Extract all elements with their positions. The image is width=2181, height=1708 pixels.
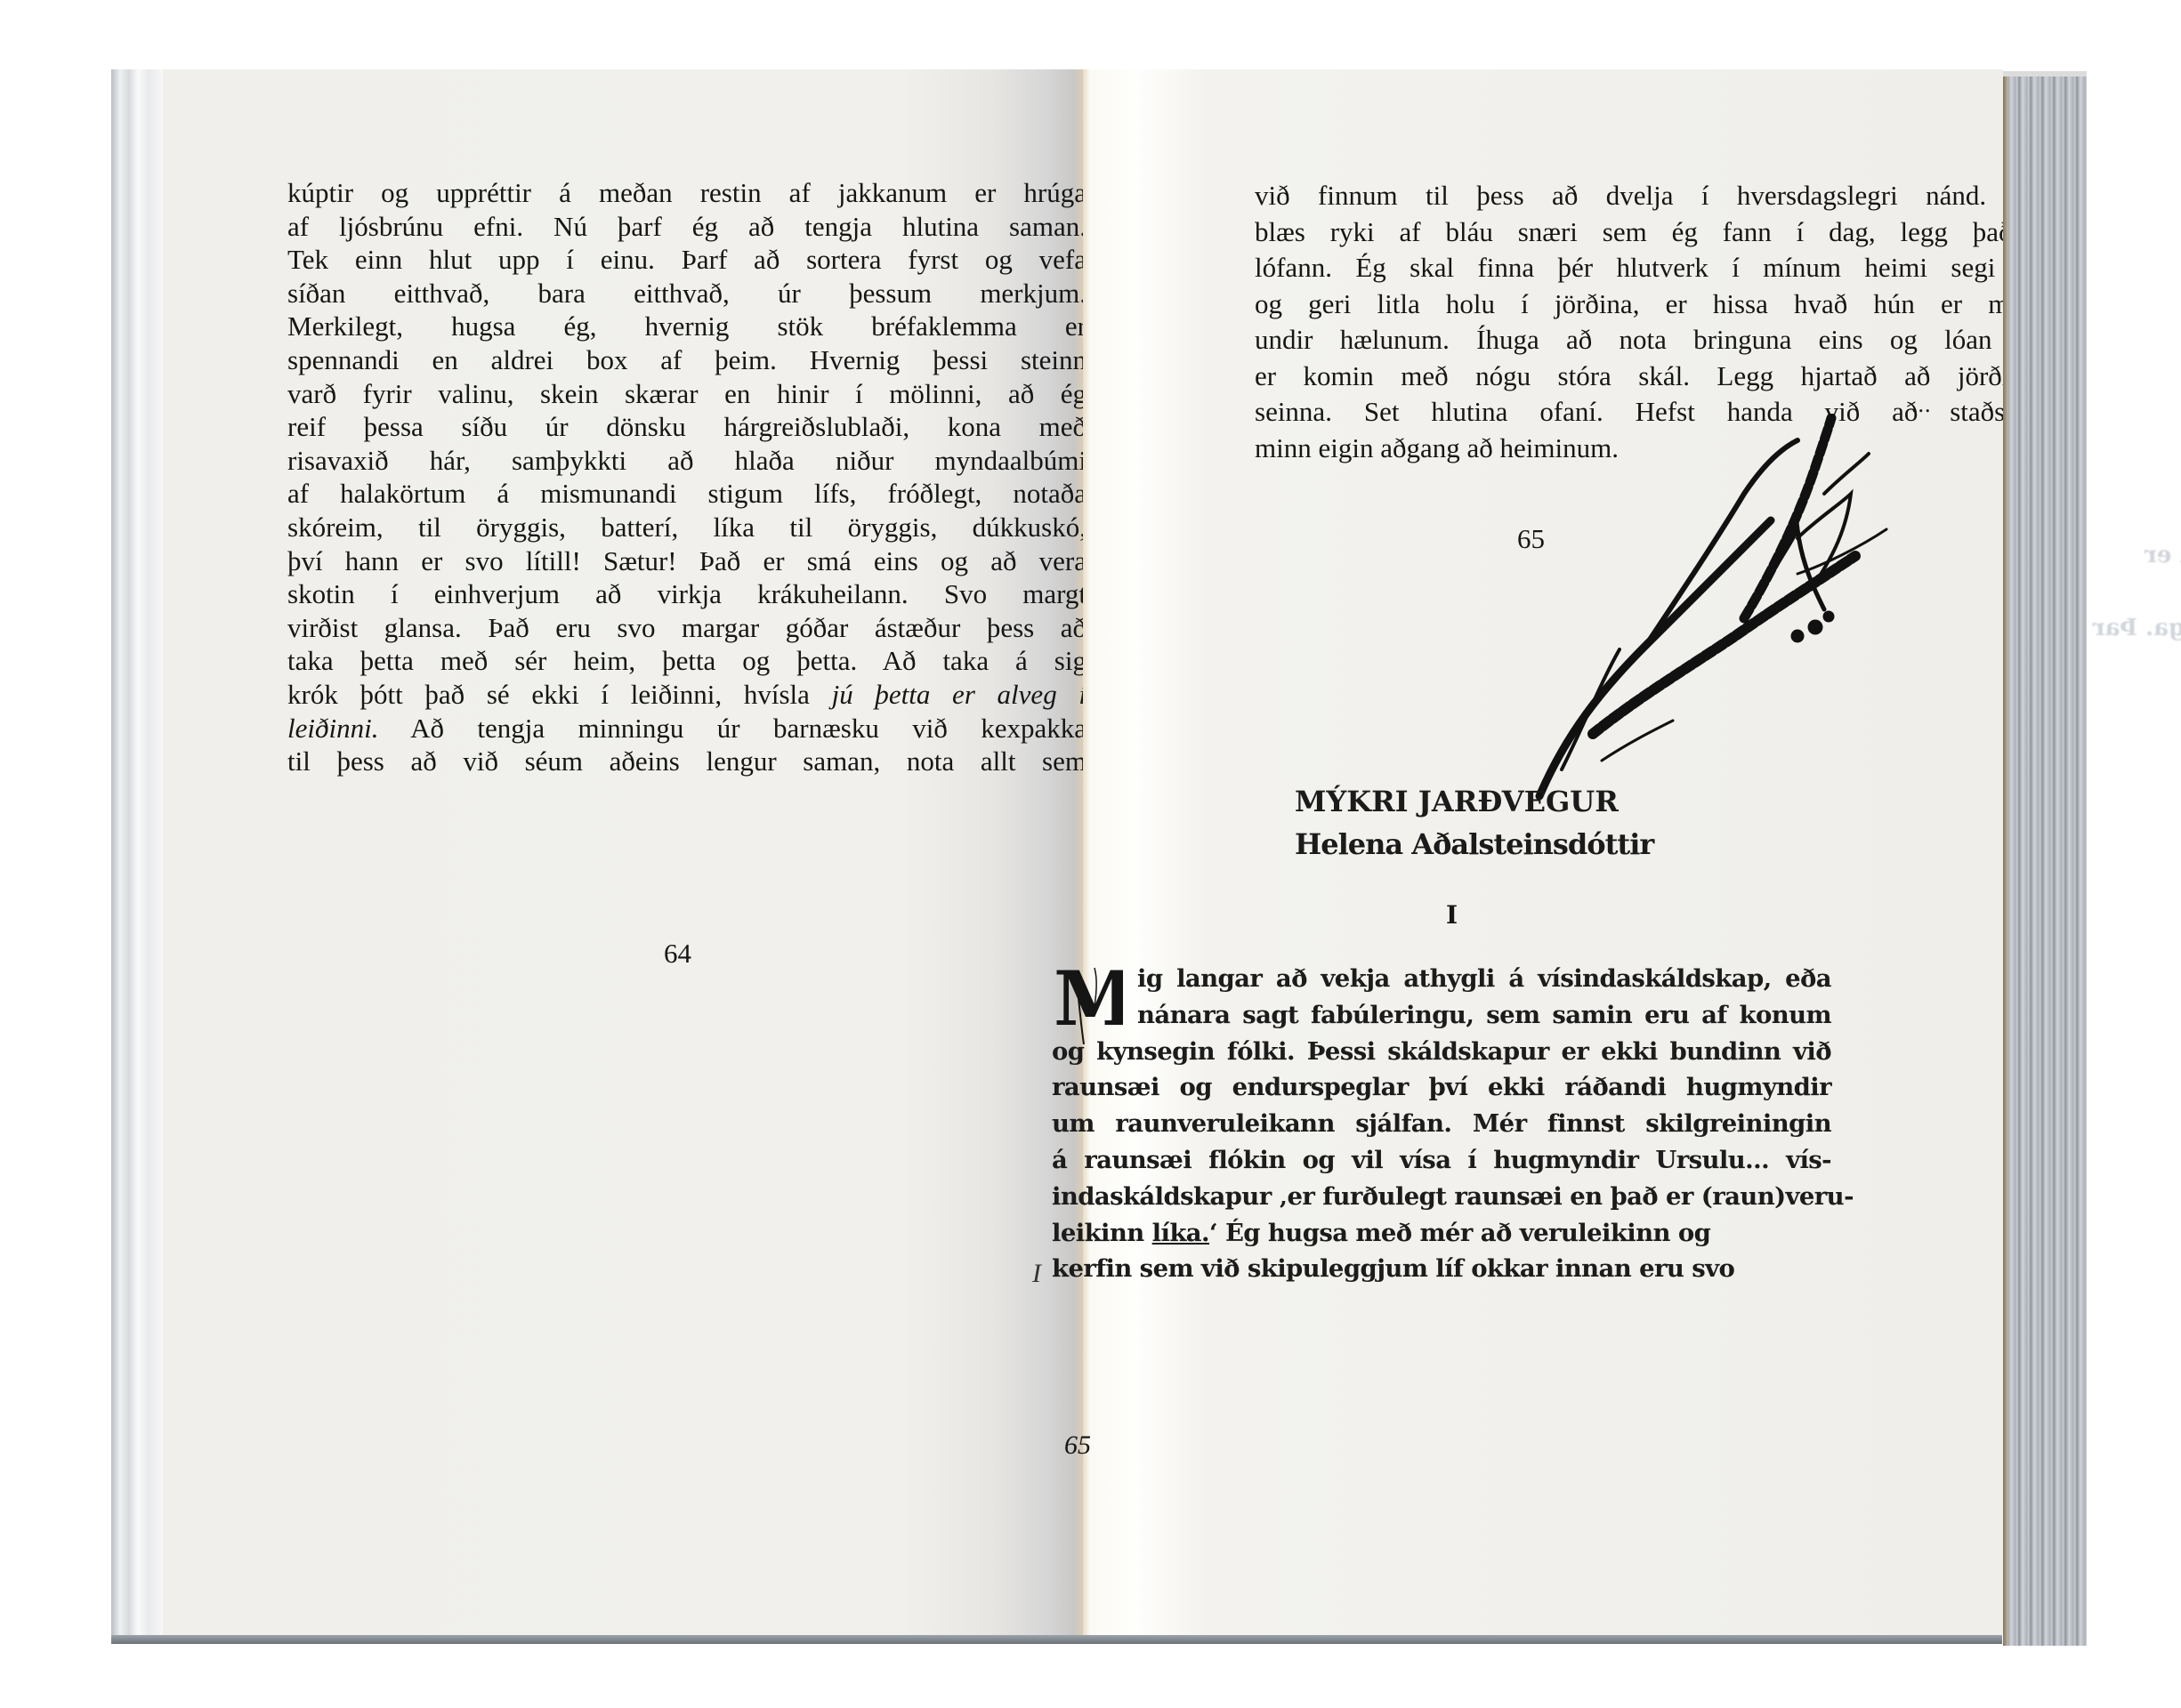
text-line: spennandi en aldrei box af þeim. Hvernig…: [287, 343, 1086, 377]
text-line: er komin með nógu stóra skál. Legg hjart…: [1255, 359, 2045, 395]
ghost-line: hvað hún hefur að bjóða, þar fólst: [2071, 756, 2181, 793]
text-line: lófann. Ég skal finna þér hlutverk í mín…: [1255, 250, 2045, 286]
ghost-line: mögulegt. Hún spennir úr mynbönd og af b…: [2071, 574, 2181, 610]
text-line: skóreim, til öryggis, batterí, líka til …: [287, 511, 1086, 544]
ghost-line: getur fabúleringin komið af stað öðrugri: [2071, 647, 2181, 683]
underlined-word: líka.: [1152, 1219, 1209, 1247]
text-line: og geri litla holu í jörðina, er hissa h…: [1255, 286, 2045, 323]
ellipsis-mark: ...: [1911, 391, 1932, 418]
book-bottom-edge: [111, 1635, 2002, 1644]
page-number-left: 64: [664, 939, 691, 967]
text-line: af ljósbrúnu efni. Nú þarf ég að tengja …: [287, 210, 1086, 244]
text-line: skotin í einhverjum að virkja krákuheila…: [287, 577, 1086, 611]
text-line: ig langar að vekja athygli á vísindaskál…: [1052, 961, 1831, 997]
text-line: og kynsegin fólki. Þessi skáldskapur er …: [1052, 1034, 1831, 1070]
text-line: kúptir og uppréttir á meðan restin af ja…: [287, 176, 1086, 210]
right-page-stack-edge: [2003, 71, 2087, 1646]
text-line: nánara sagt fabúleringu, sem samin eru a…: [1052, 997, 1831, 1034]
story-author: Helena Aðalsteinsdóttir: [1295, 827, 1653, 861]
ghost-line: endurtekið, og hugsað áður, hlutverki: [2071, 975, 2181, 1011]
text-line: síðan eitthvað, bara eitthvað, úr þessum…: [287, 277, 1086, 310]
text-line: leiðinni. Að tengja minningu úr barnæsku…: [287, 712, 1086, 745]
text-line: kerfin sem við skipuleggjum líf okkar in…: [1052, 1251, 1831, 1287]
story-title: MÝKRI JARÐVEGUR: [1295, 785, 1619, 818]
text-span: krók þótt það sé ekki í leiðinni, hvísla: [287, 679, 832, 710]
text-line: blæs ryki af bláu snæri sem ég fann í da…: [1255, 214, 2045, 251]
ghost-line: sem hafa með sér að veruleika fabúleikan…: [2071, 1011, 2181, 1048]
ghost-line: veruleikans en með opnu sniði sem fest v…: [2071, 537, 2181, 574]
ghost-line: við lífum og bestum í. Heiminn breytir: [2071, 720, 2181, 756]
text-line: taka þetta með sér heim, þetta og þetta.…: [287, 644, 1086, 678]
text-line: til þess að við séum aðeins lengur saman…: [287, 745, 1086, 778]
text-line: risavaxið hár, samþykkti að hlaða niður …: [287, 444, 1086, 478]
text-line: um raunveruleikann sjálfan. Mér finnst s…: [1052, 1106, 1831, 1142]
italic-quote: jú þetta er alveg í: [832, 679, 1086, 710]
text-line: á raunsæi flókin og vil vísa í hugmyndir…: [1052, 1142, 1831, 1179]
ghost-line: Þannig hefur hún ekki veruleikann sem sk…: [2071, 1048, 2181, 1084]
text-span: ‘ Ég hugsa með mér að veruleikinn og: [1209, 1219, 1710, 1247]
ghost-line: Sköpungar okkar á raunveruleikanum: [2071, 829, 2181, 866]
section-number: I: [1446, 900, 1458, 930]
text-line: raunsæi og endurspeglar því ekki ráðandi…: [1052, 1069, 1831, 1106]
text-line: undir hælunum. Íhuga að nota bringuna ei…: [1255, 322, 2045, 359]
text-line: indaskáldskapur ‚er furðulegt raunsæi en…: [1052, 1179, 1831, 1215]
left-page: kúptir og uppréttir á meðan restin af ja…: [163, 69, 1083, 1635]
left-fore-edge: [111, 69, 163, 1635]
open-book: kúptir og uppréttir á meðan restin af ja…: [111, 69, 2087, 1644]
feather-illustration-icon: [1531, 414, 1904, 805]
text-line: af halakörtum á mismunandi stigum lífs, …: [287, 477, 1086, 511]
ghost-line: mundum krefst hún þess að hendi sé ekki …: [2071, 610, 2181, 647]
margin-annotation: I: [1032, 1259, 1041, 1289]
show-through-text: veruleikann. Fabúleringin hefur ekki það…: [2071, 501, 2181, 1084]
text-span: Að tengja minningu úr barnæsku við kexpa…: [378, 713, 1086, 744]
text-line: Tek einn hlut upp í einu. Þarf að sorter…: [287, 243, 1086, 277]
ghost-line: veruleikann. Fabúleringin hefur ekki það…: [2071, 501, 2181, 537]
page-number-right: 65: [1064, 1432, 1091, 1459]
ghost-line: mögulegt að spegla í sér skrítið og brey…: [2071, 902, 2181, 939]
text-line: virðist glansa. Það eru svo margar góðar…: [287, 611, 1086, 645]
left-page-body: kúptir og uppréttir á meðan restin af ja…: [287, 176, 1086, 778]
text-line: krók þótt það sé ekki í leiðinni, hvísla…: [287, 678, 1086, 712]
ghost-line: sig á veruleikanum sem er sífellt: [2071, 939, 2181, 975]
text-line: því hann er svo lítill! Sætur! Það er sm…: [287, 544, 1086, 578]
text-line: reif þessa síðu úr dönsku hárgreiðslubla…: [287, 410, 1086, 444]
text-line: Merkilegt, hugsa ég, hvernig stök bréfak…: [287, 310, 1086, 343]
text-line: varð fyrir valinu, skein skærar en hinir…: [287, 377, 1086, 411]
ghost-line: er því eingöngu samfrelsi hennar, svo að…: [2071, 866, 2181, 902]
text-line: leikinn líka.‘ Ég hugsa með mér að verul…: [1052, 1215, 1831, 1252]
ghost-line: í raunveruleikanum, þar sem það er byggt…: [2071, 683, 2181, 720]
text-line: við finnum til þess að dvelja í hversdag…: [1255, 178, 2045, 214]
story-body: ig langar að vekja athygli á vísindaskál…: [1052, 961, 1831, 1287]
text-span: leikinn: [1052, 1219, 1152, 1247]
italic-quote: leiðinni.: [287, 713, 378, 744]
ghost-line: hún hefur því hamingjur okkar segja: [2071, 793, 2181, 829]
